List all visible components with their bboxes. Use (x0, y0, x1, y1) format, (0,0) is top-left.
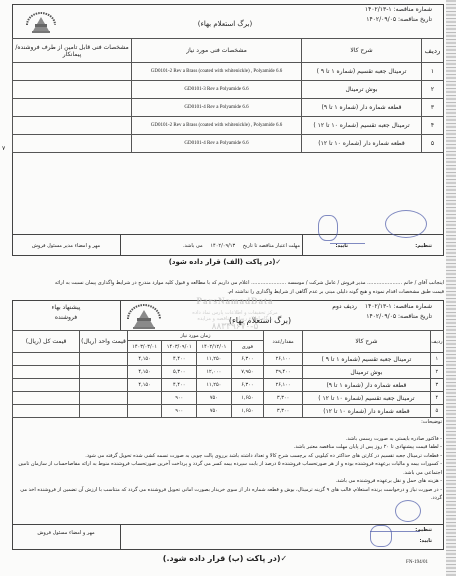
item-schedule-2: ۱۱,۲۵۰ (197, 379, 232, 392)
signature-scribble (318, 215, 338, 241)
item-schedule-1: ۱,۶۵۰ (231, 405, 263, 418)
total-price-cell[interactable] (13, 405, 80, 418)
total-price-cell[interactable] (13, 379, 80, 392)
row-number: ۲ (422, 81, 444, 99)
unit-price-cell[interactable] (80, 379, 128, 392)
row-number: ۳ (422, 99, 444, 117)
row-number: ۲ (430, 366, 443, 379)
item-schedule-3: ۴,۴۰۰ (162, 379, 197, 392)
item-schedule-2: ۷۵۰ (197, 405, 232, 418)
col-spec-supplier: مشخصات فنی قابل تامین از طرف فروشنده/ پی… (13, 39, 132, 63)
item-description: قطعه شماره دار (شماره ۱۰ تا ۱۲) (302, 135, 422, 153)
tower-logo-icon (24, 11, 58, 35)
item-description: بوش ترمینال (303, 366, 431, 379)
declaration-line-1: اینجانب آقای / خانم ....................… (14, 279, 444, 288)
price-offer-header: پیشنهاد بهاء فروشنده (14, 304, 118, 321)
item-schedule-1: ۷,۹۵۰ (231, 366, 263, 379)
scan-edge (446, 0, 456, 576)
document-page: شماره مناقصه: ۱-۱۴۰۲/۱۳ تاریخ مناقصه: ۱۴… (0, 0, 446, 576)
row-number: ۳ (430, 379, 443, 392)
item-qty: ۳,۳۰۰ (264, 392, 303, 405)
watermark: ParsNamadData مرکز تحقیقات و اطلاعات پار… (150, 300, 320, 332)
price-offer-sub: فروشنده (14, 314, 118, 321)
col-description: شرح کالا (302, 39, 422, 63)
item-qty: ۲۹,۴۰۰ (264, 366, 303, 379)
supplier-spec-cell[interactable] (13, 135, 132, 153)
watermark-brand: ParsNamadData (150, 296, 320, 306)
signature-scribble (395, 500, 421, 522)
side-mark: ۷ (2, 145, 5, 152)
item-description: ترمینال جعبه تقسیم (شماره ۱۰ تا ۱۲ ) (303, 392, 431, 405)
item-description: قطعه شماره دار (شماره ۱۰ تا ۱۲) (303, 405, 431, 418)
note-item: - کسورات بیمه و مالیات برعهده فروشنده بو… (16, 460, 442, 477)
row-number: ۱ (430, 353, 443, 366)
table-row: ۳ قطعه شماره دار (شماره ۱ تا ۹) GD0101-4… (13, 99, 444, 117)
watermark-phone: ۸۸۳۴۹۶۷۰-۵ (150, 322, 320, 332)
table-row: ۱ ترمینال جعبه تقسیم (شماره ۱ تا ۹ ) GD0… (13, 63, 444, 81)
price-offer-title: پیشنهاد بهاء (14, 304, 118, 311)
signature-scribble (385, 210, 427, 238)
col-row: ردیف (430, 331, 443, 353)
col-description: شرح کالا (303, 331, 431, 353)
item-schedule-1: ۶,۳۰۰ (231, 379, 263, 392)
table-row: ۵ قطعه شماره دار (شماره ۱۰ تا ۱۲) GD0101… (13, 135, 444, 153)
note-item: - قطعات ترمینال جعبه تقسیم در کارتن های … (16, 452, 442, 461)
tender-number-label: شماره مناقصه: (394, 303, 432, 310)
item-schedule-4 (127, 405, 162, 418)
seal-label: مهر و امضاء مسئول فروش (14, 530, 118, 536)
item-description: قطعه شماره دار (شماره ۱ تا ۹) (302, 99, 422, 117)
col-total-price: قیمت کل (ریال) (13, 331, 80, 353)
validity-suffix: می باشد. (183, 243, 203, 249)
unit-price-cell[interactable] (80, 353, 128, 366)
note-item: - فاکتور صادره بایستی به صورت رسمی باشد. (16, 435, 442, 444)
item-qty: ۲۶,۱۰۰ (264, 379, 303, 392)
item-schedule-4: ۴,۱۵۰ (127, 379, 162, 392)
validity-date: ۱۴۰۲/۰۹/۱۳ (210, 243, 235, 249)
validity-label: مهلت اعتبار مناقصه تا تاریخ (243, 243, 300, 249)
total-price-cell[interactable] (13, 392, 80, 405)
form-a-footer-sep2 (302, 234, 303, 256)
total-price-cell[interactable] (13, 353, 80, 366)
row-number: ۴ (422, 117, 444, 135)
table-row: ۵ قطعه شماره دار (شماره ۱۰ تا ۱۲) ۳,۳۰۰ … (13, 405, 444, 418)
table-row: ۴ ترمینال جعبه تقسیم (شماره ۱۰ تا ۱۲ ) G… (13, 117, 444, 135)
col-schedule-date-3: ۱۴۰۳/۰۳/۰۱ (127, 341, 162, 353)
item-description: ترمینال جعبه تقسیم (شماره ۱ تا ۹ ) (303, 353, 431, 366)
supplier-spec-cell[interactable] (13, 117, 132, 135)
item-schedule-4: ۴,۱۵۰ (127, 353, 162, 366)
declaration-text: اینجانب آقای / خانم ....................… (14, 279, 444, 297)
company-logo (22, 10, 60, 36)
item-schedule-4: ۴,۱۵۰ (127, 366, 162, 379)
item-description: بوش ترمینال (302, 81, 422, 99)
item-schedule-2: ۷۵۰ (197, 392, 232, 405)
col-unit-price: قیمت واحد (ریال) (80, 331, 128, 353)
table-row: ۱ ترمینال جعبه تقسیم (شماره ۱ تا ۹ ) ۲۶,… (13, 353, 444, 366)
item-schedule-1: ۱,۶۵۰ (231, 392, 263, 405)
supplier-spec-cell[interactable] (13, 81, 132, 99)
item-spec: GD0101-2 Rev a Brass (coated with whiten… (132, 117, 302, 135)
table-row: ۲ بوش ترمینال GD0101-3 Rev a Polyamide 6… (13, 81, 444, 99)
item-spec: GD0101-2 Rev a Brass (coated with whiten… (132, 63, 302, 81)
item-schedule-3: ۴,۴۰۰ (162, 353, 197, 366)
unit-price-cell[interactable] (80, 405, 128, 418)
form-a-footer-sep1 (120, 234, 121, 256)
note-item: - هزینه های حمل و نقل برعهده فروشنده می … (16, 477, 442, 486)
signature-line (370, 531, 420, 532)
col-schedule-date-1: ۱۴۰۲/۱۲/۰۱ (197, 341, 232, 353)
note-item: - در صورت نیاز و درخواست برنده استعلام، … (16, 486, 442, 503)
table-row: ۲ بوش ترمینال ۲۹,۴۰۰ ۷,۹۵۰ ۱۲,۰۰۰ ۵,۳۰۰ … (13, 366, 444, 379)
form-a-footer-divider (12, 234, 444, 235)
validity-text: مهلت اعتبار مناقصه تا تاریخ ۱۴۰۲/۰۹/۱۳ م… (125, 243, 300, 249)
col-row: ردیف (422, 39, 444, 63)
item-schedule-2: ۱۱,۲۵۰ (197, 353, 232, 366)
notes-section: توضیحات: - فاکتور صادره بایستی به صورت ر… (16, 418, 442, 503)
supplier-spec-cell[interactable] (13, 63, 132, 81)
item-schedule-2: ۱۲,۰۰۰ (197, 366, 232, 379)
seal-label: مهر و امضاء مدیر مسئول فروش (14, 243, 118, 249)
row-number: ۴ (430, 392, 443, 405)
note-item: - لطفا قیمت پیشنهادی تا ۲۰ روز پس از پای… (16, 443, 442, 452)
col-schedule-date-2: ۱۴۰۳/۰۹/۰۱ (162, 341, 197, 353)
total-price-cell[interactable] (13, 366, 80, 379)
table-row: ۳ قطعه شماره دار (شماره ۱ تا ۹) ۲۶,۱۰۰ ۶… (13, 379, 444, 392)
form-code: FN-194/01 (406, 560, 428, 565)
supplier-spec-cell[interactable] (13, 99, 132, 117)
item-schedule-1: ۶,۳۰۰ (231, 353, 263, 366)
item-spec: GD0101-4 Rev a Polyamide 6.6 (132, 135, 302, 153)
signature-line (330, 243, 365, 244)
row-label: ردیف دوم (332, 303, 357, 310)
item-spec: GD0101-3 Rev a Polyamide 6.6 (132, 81, 302, 99)
row-number: ۱ (422, 63, 444, 81)
form-a-table: ردیف شرح کالا مشخصات فنی مورد نیاز مشخصا… (12, 38, 444, 153)
item-qty: ۲۶,۱۰۰ (264, 353, 303, 366)
col-spec-required: مشخصات فنی مورد نیاز (132, 39, 302, 63)
notes-label: توضیحات: (16, 418, 442, 427)
item-description: ترمینال جعبه تقسیم (شماره ۱۰ تا ۱۲ ) (302, 117, 422, 135)
tender-date-label: تاریخ مناقصه: (398, 313, 432, 320)
form-b-table: ردیف شرح کالا مقدار/عدد زمان مورد نیاز ق… (12, 330, 444, 418)
item-description: قطعه شماره دار (شماره ۱ تا ۹) (303, 379, 431, 392)
form-a-title: (برگ استعلام بهاء) (150, 20, 300, 28)
item-qty: ۳,۳۰۰ (264, 405, 303, 418)
prepared-label: تنظیم: (415, 527, 432, 533)
tender-number: ۱-۱۴۰۲/۱۳ (365, 303, 392, 310)
item-description: ترمینال جعبه تقسیم (شماره ۱ تا ۹ ) (302, 63, 422, 81)
item-spec: GD0101-4 Rev a Polyamide 6.6 (132, 99, 302, 117)
row-number: ۵ (430, 405, 443, 418)
signature-scribble (370, 525, 392, 547)
packet-b-note: ✓(در پاکت (ب) قرار داده شود.) (130, 554, 320, 563)
prepared-label: تنظیم: (415, 243, 432, 249)
form-b-footer-sep (120, 524, 121, 550)
col-schedule: زمان مورد نیاز (127, 331, 263, 341)
item-schedule-4 (127, 392, 162, 405)
item-schedule-3: ۹۰۰ (162, 392, 197, 405)
item-schedule-3: ۹۰۰ (162, 405, 197, 418)
unit-price-cell[interactable] (80, 392, 128, 405)
table-row: ۴ ترمینال جعبه تقسیم (شماره ۱۰ تا ۱۲ ) ۳… (13, 392, 444, 405)
tender-date: ۱۴۰۲/۰۹/۰۵ (366, 313, 396, 320)
packet-a-note: ✓(در پاکت (الف) قرار داده شود) (130, 258, 320, 266)
row-number: ۵ (422, 135, 444, 153)
unit-price-cell[interactable] (80, 366, 128, 379)
col-schedule-immediate: فوری (231, 341, 263, 353)
approved-label: تایید: (419, 538, 432, 544)
col-qty: مقدار/عدد (264, 331, 303, 353)
item-schedule-3: ۵,۳۰۰ (162, 366, 197, 379)
header-separator (120, 300, 121, 330)
